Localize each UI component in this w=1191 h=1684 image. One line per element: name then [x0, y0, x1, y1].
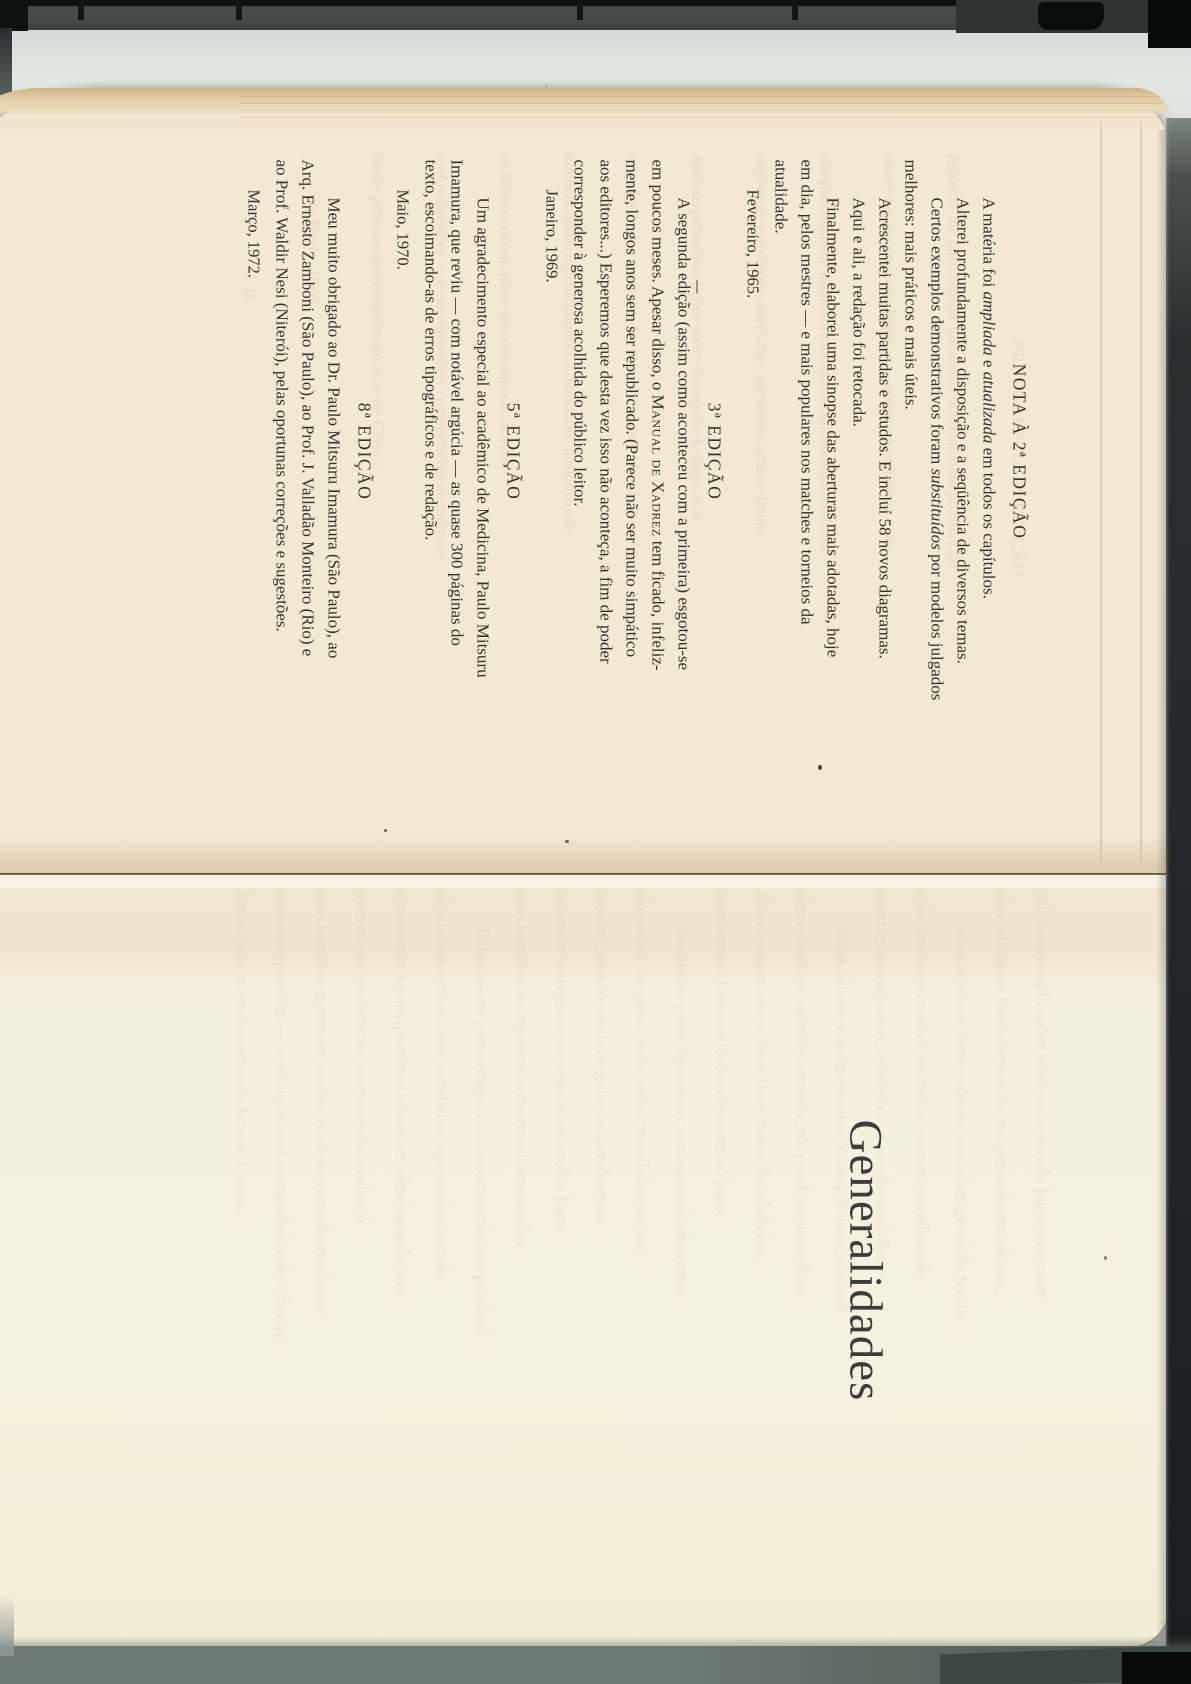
book-cover-edge [1166, 118, 1191, 1666]
text-line: melhores: mais práticos e mais úteis. [898, 160, 924, 744]
scanner-bottom-corner [1122, 1652, 1191, 1684]
text-line: mente, longos anos sem ser republicado. … [619, 160, 645, 744]
dust-speck [1104, 1256, 1107, 1260]
text-line: Certos exemplos demonstrativos foram sub… [924, 160, 950, 744]
text-line: Um agradecimento especial ao acadêmico d… [470, 160, 496, 744]
text-line: Na última parte figuram as vantagens da … [663, 893, 703, 1553]
scanned-book-photo: PREFÁCIO DA 1ª EDIÇÃOEsforcei-me para re… [0, 0, 1191, 1684]
dust-speck [384, 829, 387, 832]
text-line: Imamura, que reviu — com notável argúcia… [444, 160, 470, 744]
text-line: Esforcei-me para redigir o texto com o m… [463, 893, 503, 1553]
date-line: Fevereiro, 1965. [740, 160, 766, 744]
date-line: Março, 1972. [241, 160, 267, 744]
paper-fold-line [1140, 122, 1142, 862]
page-section-title: Além das explicações sobre as regras do … [8, 877, 1165, 1645]
lid-seam [577, 0, 583, 20]
text-line: ticular), não só servir de guia aos que … [583, 893, 623, 1553]
text-line: texto, escoimando-as de erros tipográfic… [418, 160, 444, 744]
text-line: Arq. Ernesto Zamboni (São Paulo), ao Pro… [295, 160, 321, 744]
text-line [183, 893, 223, 1553]
lid-corner-right [1148, 0, 1191, 48]
section-title: Generalidades [839, 877, 893, 1645]
text-line: mas também espera ser correta fonte de c… [303, 893, 343, 1553]
page-stack-lines [240, 96, 1160, 120]
text-line: e da prática do xadrez moderno, com os c… [903, 893, 943, 1553]
text-line: horas para os enamorados da Arte de Cais… [223, 893, 263, 1553]
gutter-shadow [0, 834, 1170, 874]
text-line: apontam-se fatos curiosos referentes ao … [703, 893, 743, 1553]
show-through-text: Além das explicações sobre as regras do … [163, 893, 1063, 1553]
text-line: Além das explicações sobre as regras do … [1023, 893, 1063, 1553]
text-line: dos principais fundamentos do progresso … [983, 893, 1023, 1553]
ink-mark [696, 280, 698, 294]
text-line: A matéria foi ampliada e atualizada em t… [976, 160, 1002, 744]
text-line: do xadrez em geral (e do xadrez brasilei… [623, 893, 663, 1553]
text-line: A segunda edição (assim como aconteceu c… [671, 160, 697, 744]
text-line: Acrescentei muitas partidas e estudos. E… [872, 160, 898, 744]
text-line: e estímulo a principiantes e amadores, d… [383, 893, 423, 1553]
text-line: Finalmente, elaborei uma sinopse das abe… [820, 160, 846, 744]
gutter-line [0, 873, 1168, 875]
edition-notes-text: NOTA À 2ª EDIÇÃOA matéria foi ampliada e… [237, 160, 1045, 744]
text-line: gresso, que se dedicam ao estudo da teor… [343, 893, 383, 1553]
text-line: em dia, pelos mestres — e mais populares… [794, 160, 820, 744]
lid-corner-left [0, 0, 28, 31]
text-line: em poucos meses. Apesar disso, o Manual … [645, 160, 671, 744]
section-heading: 3ª EDIÇÃO [702, 160, 728, 744]
text-line: atualidade. [768, 160, 794, 744]
paper-fold-line [1100, 122, 1102, 862]
bottom-left-corner [0, 1596, 14, 1656]
text-line: aprender as regras e os segredos do nobr… [543, 893, 583, 1553]
text-line: minadas questões — é um agradável compan… [263, 893, 303, 1553]
text-line: corresponder à generosa acolhida do públ… [567, 160, 593, 744]
text-line: Meu muito obrigado ao Dr. Paulo Mitsuru … [321, 160, 347, 744]
lid-seam [792, 0, 798, 20]
text-line: Aqui e ali, a redação foi retocada. [846, 160, 872, 744]
text-line: aos editores...) Esperemos que desta vez… [593, 160, 619, 744]
text-line: deste modo se aprende também, em geral, … [783, 893, 823, 1553]
dust-speck [565, 840, 569, 843]
text-line: Alterei profundamente a disposição e a s… [950, 160, 976, 744]
lid-seam [78, 0, 84, 20]
text-line: encontram-se neste capítulo as noções ge… [943, 893, 983, 1553]
page-edition-notes: PREFÁCIO DA 1ª EDIÇÃOEsforcei-me para re… [85, 150, 1050, 790]
text-line: ao Prof. Waldir Nesi (Niterói), pelas op… [269, 160, 295, 744]
section-heading: 8ª EDIÇÃO [352, 160, 378, 744]
section-heading: NOTA À 2ª EDIÇÃO [1007, 160, 1033, 744]
text-line: mas também acompanhar o desenvolvimento … [503, 893, 543, 1553]
lid-seam [236, 0, 242, 20]
date-line: Janeiro, 1969. [539, 160, 565, 744]
dust-speck [818, 765, 822, 770]
date-line: Maio, 1970. [390, 160, 416, 744]
lid-hinge-shape [1038, 2, 1104, 30]
text-line: de clareza e de eficiência didática, ape… [423, 893, 463, 1553]
section-heading: 5ª EDIÇÃO [501, 160, 527, 744]
text-line: fazer e o que não se deve fazer diante d… [743, 893, 783, 1553]
